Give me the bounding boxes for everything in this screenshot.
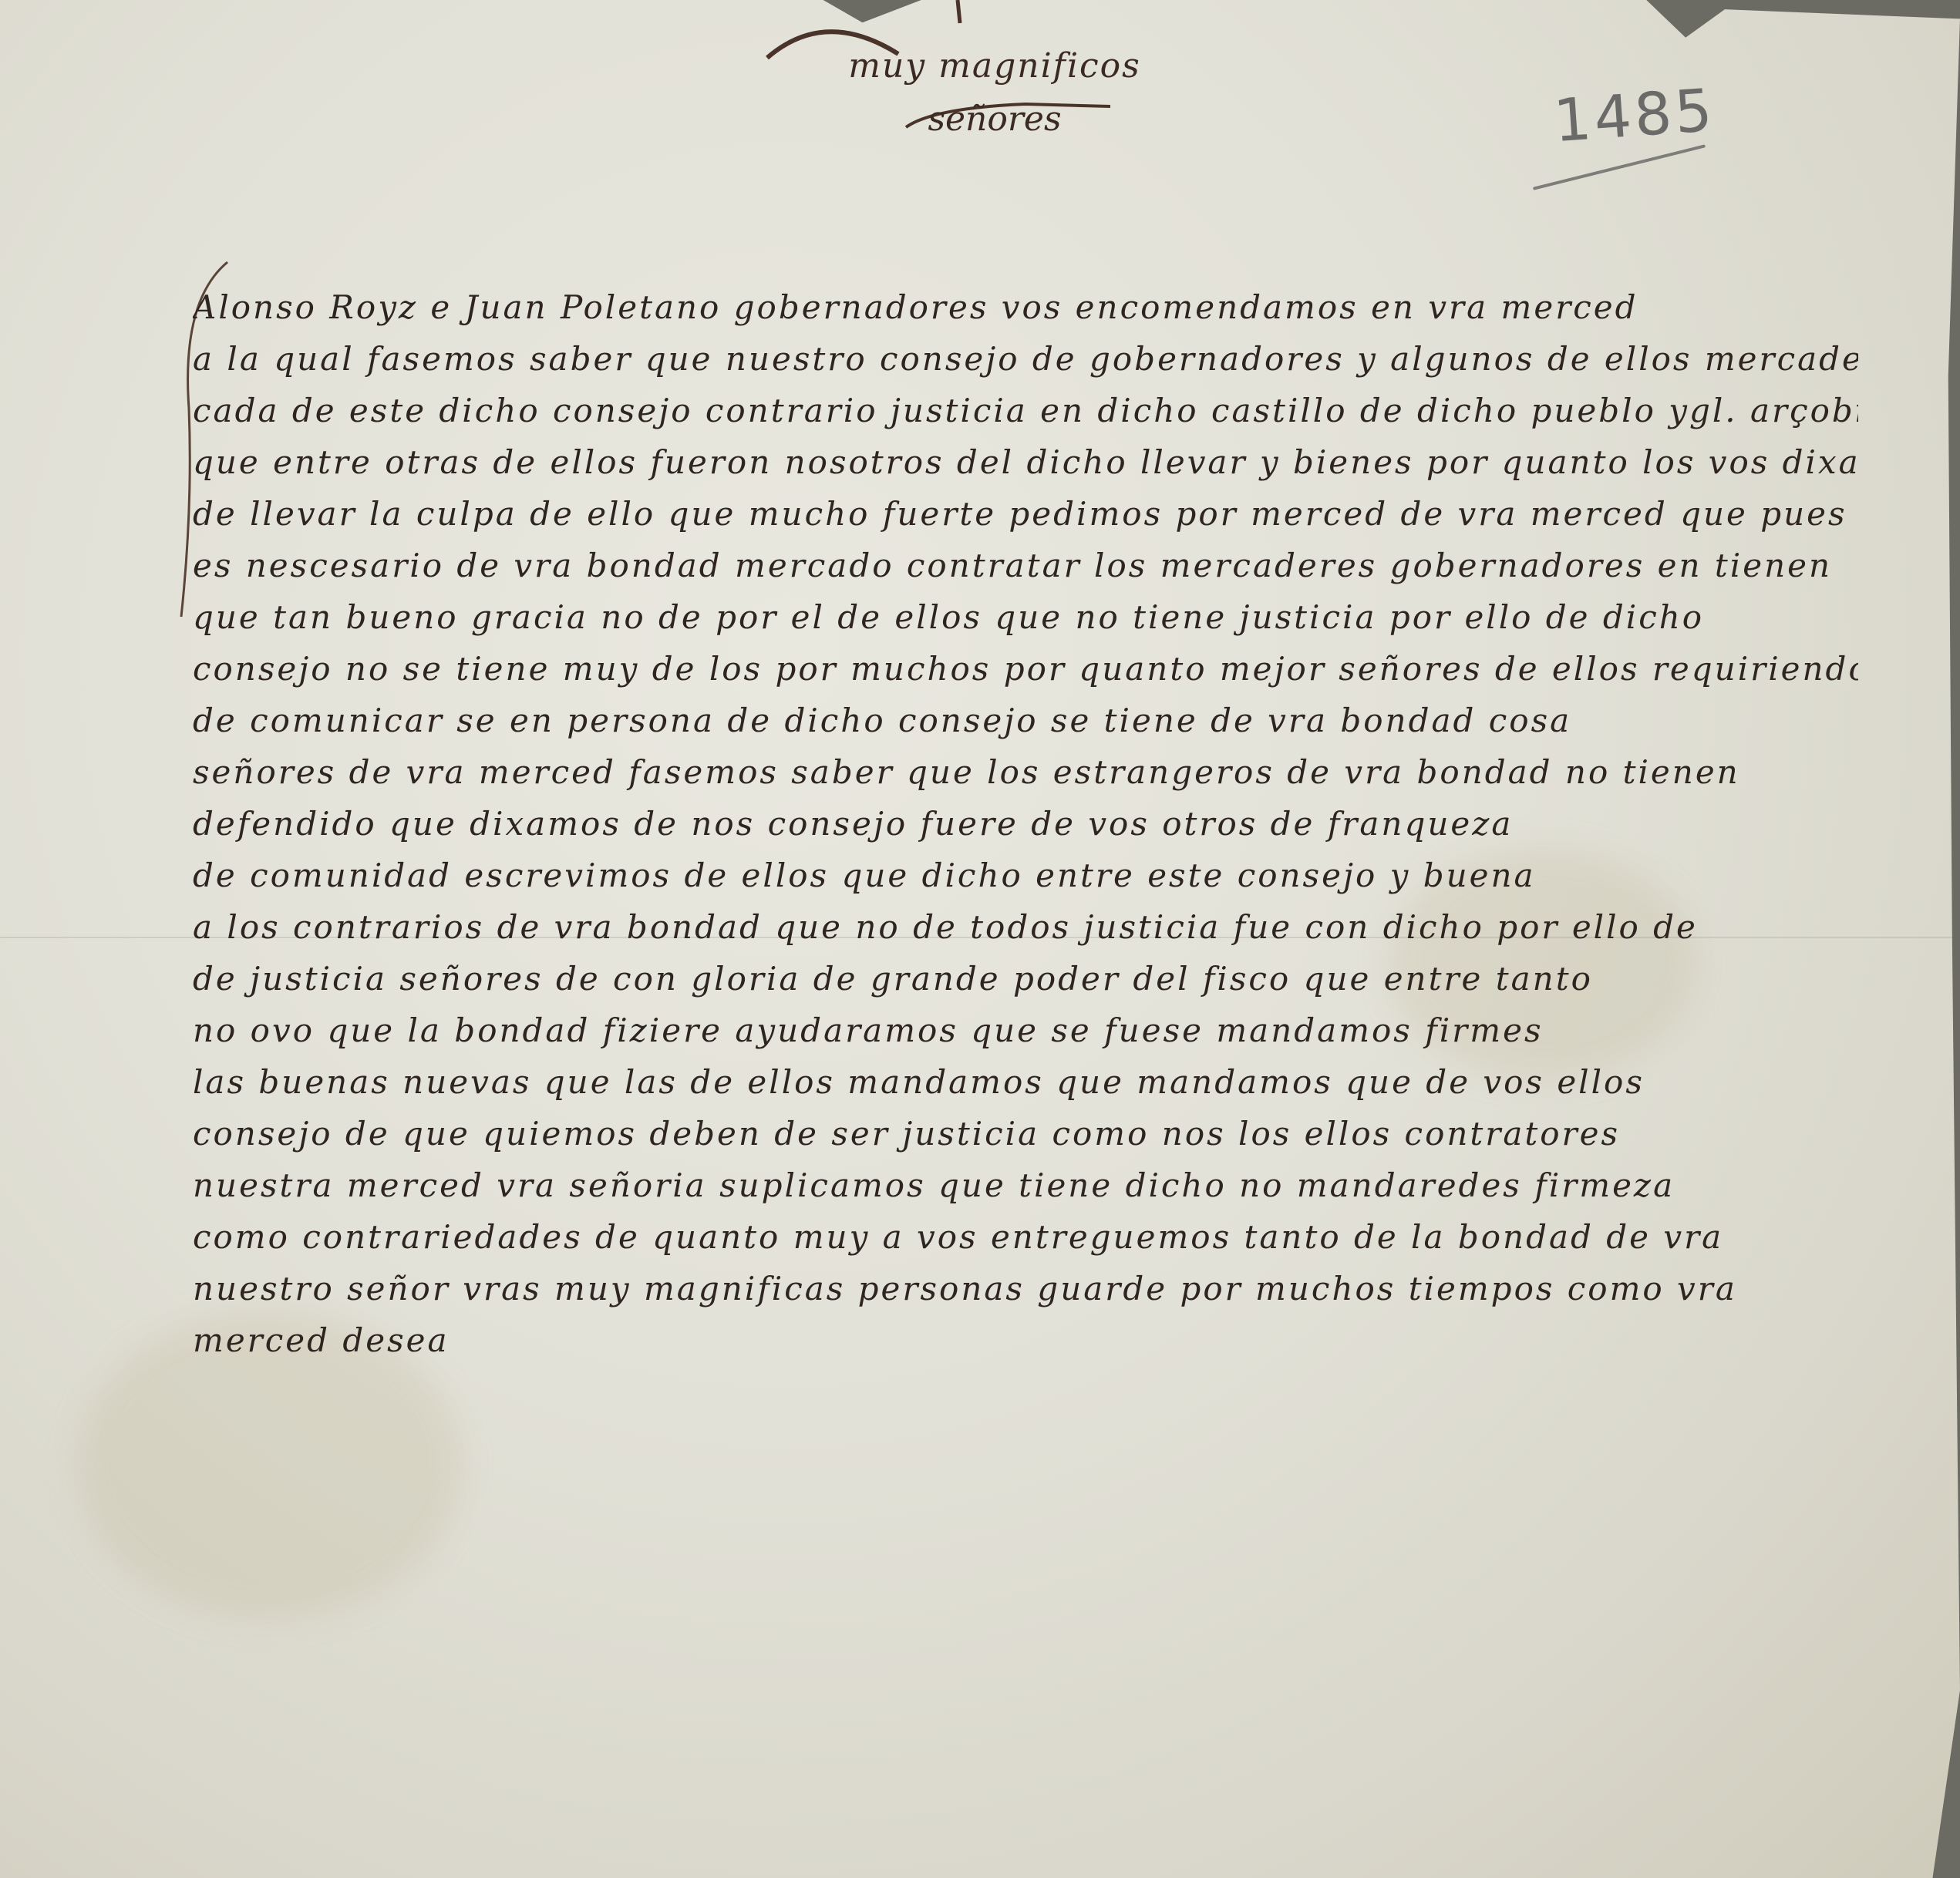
archival-number: 1485	[1551, 76, 1717, 155]
body-line: merced desea	[193, 1314, 1858, 1366]
letter-body: Alonso Royz e Juan Poletano gobernadores…	[193, 281, 1858, 1366]
body-line: que entre otras de ellos fueron nosotros…	[193, 436, 1858, 488]
body-line: a la qual fasemos saber que nuestro cons…	[193, 333, 1858, 385]
body-line: de comunicar se en persona de dicho cons…	[193, 695, 1858, 746]
body-line: que tan bueno gracia no de por el de ell…	[193, 591, 1858, 643]
body-line: no ovo que la bondad fiziere ayudaramos …	[193, 1005, 1858, 1056]
body-line: señores de vra merced fasemos saber que …	[193, 746, 1858, 798]
body-line: defendido que dixamos de nos consejo fue…	[193, 798, 1858, 850]
body-line: Alonso Royz e Juan Poletano gobernadores…	[193, 281, 1858, 333]
body-line: de justicia señores de con gloria de gra…	[193, 953, 1858, 1005]
body-line: es nescesario de vra bondad mercado cont…	[193, 540, 1858, 591]
body-line: las buenas nuevas que las de ellos manda…	[193, 1056, 1858, 1108]
body-line: a los contrarios de vra bondad que no de…	[193, 901, 1858, 953]
heading-line-2: señores	[833, 99, 1157, 139]
body-line: nuestra merced vra señoria suplicamos qu…	[193, 1159, 1858, 1211]
body-line: de comunidad escrevimos de ellos que dic…	[193, 850, 1858, 901]
body-line: cada de este dicho consejo contrario jus…	[193, 385, 1858, 436]
body-line: como contrariedades de quanto muy a vos …	[193, 1211, 1858, 1263]
heading: muy magnificos señores	[833, 46, 1157, 139]
body-line: consejo no se tiene muy de los por mucho…	[193, 643, 1858, 695]
body-line: nuestro señor vras muy magnificas person…	[193, 1263, 1858, 1314]
body-line: de llevar la culpa de ello que mucho fue…	[193, 488, 1858, 540]
body-line: consejo de que quiemos deben de ser just…	[193, 1108, 1858, 1159]
heading-line-1: muy magnificos	[833, 46, 1157, 86]
